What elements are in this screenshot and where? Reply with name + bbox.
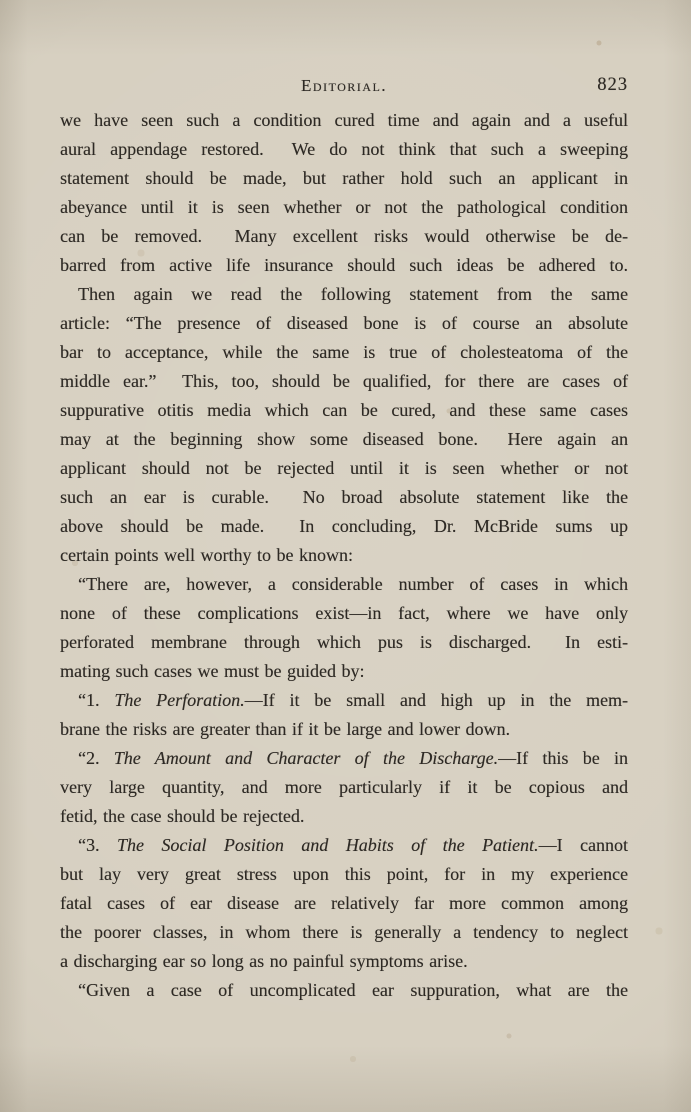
- italic-text-run: The Amount and Character of the Discharg…: [114, 748, 498, 768]
- italic-text-run: The Perforation.: [114, 690, 244, 710]
- text-line: may at the beginning show some diseased …: [60, 425, 628, 454]
- text-line: “There are, however, a considerable numb…: [60, 570, 628, 599]
- text-line: aural appendage restored. We do not thin…: [60, 135, 628, 164]
- text-line: applicant should not be rejected until i…: [60, 454, 628, 483]
- text-run: Then again we read the following stateme…: [78, 284, 628, 304]
- text-run: barred from active life insurance should…: [60, 255, 628, 275]
- text-run: article: “The presence of diseased bone …: [60, 313, 628, 333]
- text-run: fatal cases of ear disease are relativel…: [60, 893, 628, 913]
- text-line: “1. The Perforation.—If it be small and …: [60, 686, 628, 715]
- italic-text-run: The Social Position and Habits of the Pa…: [117, 835, 539, 855]
- scanned-book-page: Editorial. 823 we have seen such a condi…: [0, 0, 691, 1112]
- text-line: we have seen such a condition cured time…: [60, 106, 628, 135]
- text-run: “1.: [78, 690, 114, 710]
- text-run: can be removed. Many excellent risks wou…: [60, 226, 628, 246]
- text-run: —If it be small and high up in the mem-: [245, 690, 628, 710]
- text-line: none of these complications exist—in fac…: [60, 599, 628, 628]
- text-line: fetid, the case should be rejected.: [60, 802, 628, 831]
- text-line: the poorer classes, in whom there is gen…: [60, 918, 628, 947]
- text-line: “3. The Social Position and Habits of th…: [60, 831, 628, 860]
- text-line: statement should be made, but rather hol…: [60, 164, 628, 193]
- text-run: certain points well worthy to be known:: [60, 545, 353, 565]
- text-line: suppurative otitis media which can be cu…: [60, 396, 628, 425]
- text-run: abeyance until it is seen whether or not…: [60, 197, 628, 217]
- text-run: “There are, however, a considerable numb…: [78, 574, 628, 594]
- text-run: such an ear is curable. No broad absolut…: [60, 487, 628, 507]
- text-line: very large quantity, and more particular…: [60, 773, 628, 802]
- text-run: “3.: [78, 835, 117, 855]
- text-run: none of these complications exist—in fac…: [60, 603, 628, 623]
- text-line: such an ear is curable. No broad absolut…: [60, 483, 628, 512]
- text-run: —If this be in: [498, 748, 628, 768]
- text-run: aural appendage restored. We do not thin…: [60, 139, 628, 159]
- text-line: abeyance until it is seen whether or not…: [60, 193, 628, 222]
- text-run: “Given a case of uncomplicated ear suppu…: [78, 980, 628, 1000]
- text-run: “2.: [78, 748, 114, 768]
- text-run: the poorer classes, in whom there is gen…: [60, 922, 628, 942]
- page-number: 823: [597, 75, 628, 96]
- text-run: perforated membrane through which pus is…: [60, 632, 628, 652]
- text-line: brane the risks are greater than if it b…: [60, 715, 628, 744]
- text-line: mating such cases we must be guided by:: [60, 657, 628, 686]
- text-run: bar to acceptance, while the same is tru…: [60, 342, 628, 362]
- text-run: applicant should not be rejected until i…: [60, 458, 628, 478]
- page-header: Editorial. 823: [60, 76, 628, 100]
- text-run: fetid, the case should be rejected.: [60, 806, 304, 826]
- text-line: above should be made. In concluding, Dr.…: [60, 512, 628, 541]
- text-line: a discharging ear so long as no painful …: [60, 947, 628, 976]
- text-run: middle ear.” This, too, should be qualif…: [60, 371, 628, 391]
- text-run: statement should be made, but rather hol…: [60, 168, 628, 188]
- text-line: barred from active life insurance should…: [60, 251, 628, 280]
- text-run: a discharging ear so long as no painful …: [60, 951, 468, 971]
- text-run: —I cannot: [539, 835, 628, 855]
- text-line: perforated membrane through which pus is…: [60, 628, 628, 657]
- text-line: article: “The presence of diseased bone …: [60, 309, 628, 338]
- text-run: may at the beginning show some diseased …: [60, 429, 628, 449]
- text-line: bar to acceptance, while the same is tru…: [60, 338, 628, 367]
- paper-stains: [0, 0, 2, 2]
- text-body: we have seen such a condition cured time…: [60, 106, 628, 1005]
- text-line: certain points well worthy to be known:: [60, 541, 628, 570]
- text-line: middle ear.” This, too, should be qualif…: [60, 367, 628, 396]
- text-line: “Given a case of uncomplicated ear suppu…: [60, 976, 628, 1005]
- text-run: suppurative otitis media which can be cu…: [60, 400, 628, 420]
- text-run: we have seen such a condition cured time…: [60, 110, 628, 130]
- text-run: above should be made. In concluding, Dr.…: [60, 516, 628, 536]
- text-run: mating such cases we must be guided by:: [60, 661, 364, 681]
- text-line: “2. The Amount and Character of the Disc…: [60, 744, 628, 773]
- text-line: can be removed. Many excellent risks wou…: [60, 222, 628, 251]
- running-head-title: Editorial.: [60, 76, 628, 96]
- text-run: very large quantity, and more particular…: [60, 777, 628, 797]
- text-run: but lay very great stress upon this poin…: [60, 864, 628, 884]
- text-line: but lay very great stress upon this poin…: [60, 860, 628, 889]
- text-line: Then again we read the following stateme…: [60, 280, 628, 309]
- text-run: brane the risks are greater than if it b…: [60, 719, 510, 739]
- text-line: fatal cases of ear disease are relativel…: [60, 889, 628, 918]
